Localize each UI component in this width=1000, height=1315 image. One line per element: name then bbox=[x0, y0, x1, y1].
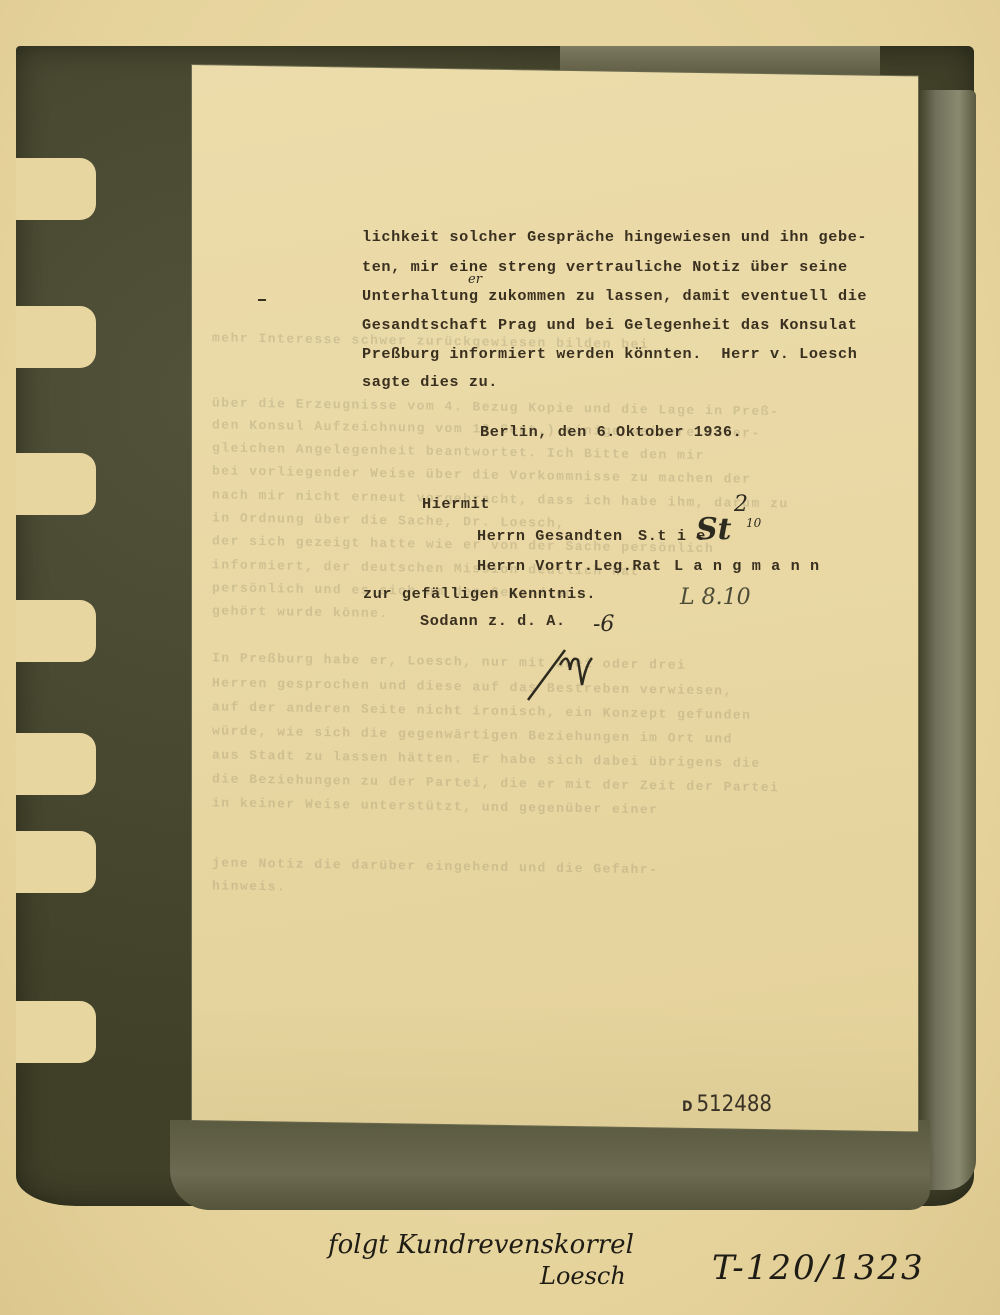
margin-mark bbox=[258, 299, 266, 301]
sprocket-hole bbox=[16, 600, 96, 662]
filing-instruction: Sodann z. d. A. bbox=[420, 612, 566, 630]
handwritten-suffix: 10 bbox=[746, 516, 761, 530]
bleed-line: gleichen Angelegenheit beantwortet. Ich … bbox=[212, 440, 898, 466]
stamp-prefix: D bbox=[682, 1099, 692, 1115]
bleed-line: über die Erzeugnisse vom 4. Bezug Kopie … bbox=[212, 395, 898, 421]
handwritten-note-line2: Loesch bbox=[540, 1262, 626, 1290]
document-stamp: D512488 bbox=[682, 1092, 772, 1117]
handwritten-date-initial: L 8.10 bbox=[680, 585, 751, 610]
bleed-line: würde, wie sich die gegenwärtigen Bezieh… bbox=[212, 723, 898, 749]
place-date: Berlin, den 6.Oktober 1936. bbox=[480, 423, 742, 441]
bleed-line: hinweis. bbox=[212, 878, 898, 904]
body-line: Unterhaltung zukommen zu lassen, damit e… bbox=[362, 287, 867, 305]
body-line: lichkeit solcher Gespräche hingewiesen u… bbox=[362, 228, 867, 246]
film-edge-right bbox=[918, 90, 976, 1190]
handwritten-note-line1: folgt Kundrevenskorrel bbox=[328, 1230, 634, 1260]
recipient-name: L a n g m a n n bbox=[674, 557, 820, 575]
bleed-line: bei vorliegender Weise über die Vorkommn… bbox=[212, 463, 898, 489]
sprocket-hole bbox=[16, 831, 96, 893]
sprocket-hole bbox=[16, 306, 96, 368]
handwritten-number: 2 bbox=[734, 492, 748, 517]
routing-intro: Hiermit bbox=[422, 495, 490, 513]
body-line: Gesandtschaft Prag und bei Gelegenheit d… bbox=[362, 316, 857, 334]
bleed-line: die Beziehungen zu der Partei, die er mi… bbox=[212, 771, 898, 797]
bleed-line: jene Notiz die darüber eingehend und die… bbox=[212, 855, 898, 881]
sprocket-hole bbox=[16, 1001, 96, 1063]
body-line: Preßburg informiert werden könnten. Herr… bbox=[362, 345, 857, 363]
body-line: sagte dies zu. bbox=[362, 373, 498, 391]
interlinear-correction: er bbox=[468, 272, 482, 287]
bleed-line: in keiner Weise unterstützt, und gegenüb… bbox=[212, 795, 898, 821]
recipient-title: Herrn Vortr.Leg.Rat bbox=[477, 557, 662, 575]
routing-closing: zur gefälligen Kenntnis. bbox=[363, 585, 596, 603]
signature-icon bbox=[520, 630, 600, 705]
sprocket-hole bbox=[16, 158, 96, 220]
bleed-line: aus Stadt zu lassen hätten. Er habe sich… bbox=[212, 747, 898, 773]
body-line: ten, mir eine streng vertrauliche Notiz … bbox=[362, 258, 848, 276]
film-edge-bottom bbox=[170, 1120, 930, 1210]
sprocket-hole bbox=[16, 733, 96, 795]
sprocket-hole bbox=[16, 453, 96, 515]
handwritten-initials: St bbox=[696, 512, 732, 547]
stamp-number: 512488 bbox=[696, 1092, 772, 1117]
recipient-title: Herrn Gesandten bbox=[477, 527, 623, 545]
reel-id: T-120/1323 bbox=[712, 1248, 925, 1288]
bleed-line: nach mir nicht erneut vorgebracht, dass … bbox=[212, 487, 898, 513]
